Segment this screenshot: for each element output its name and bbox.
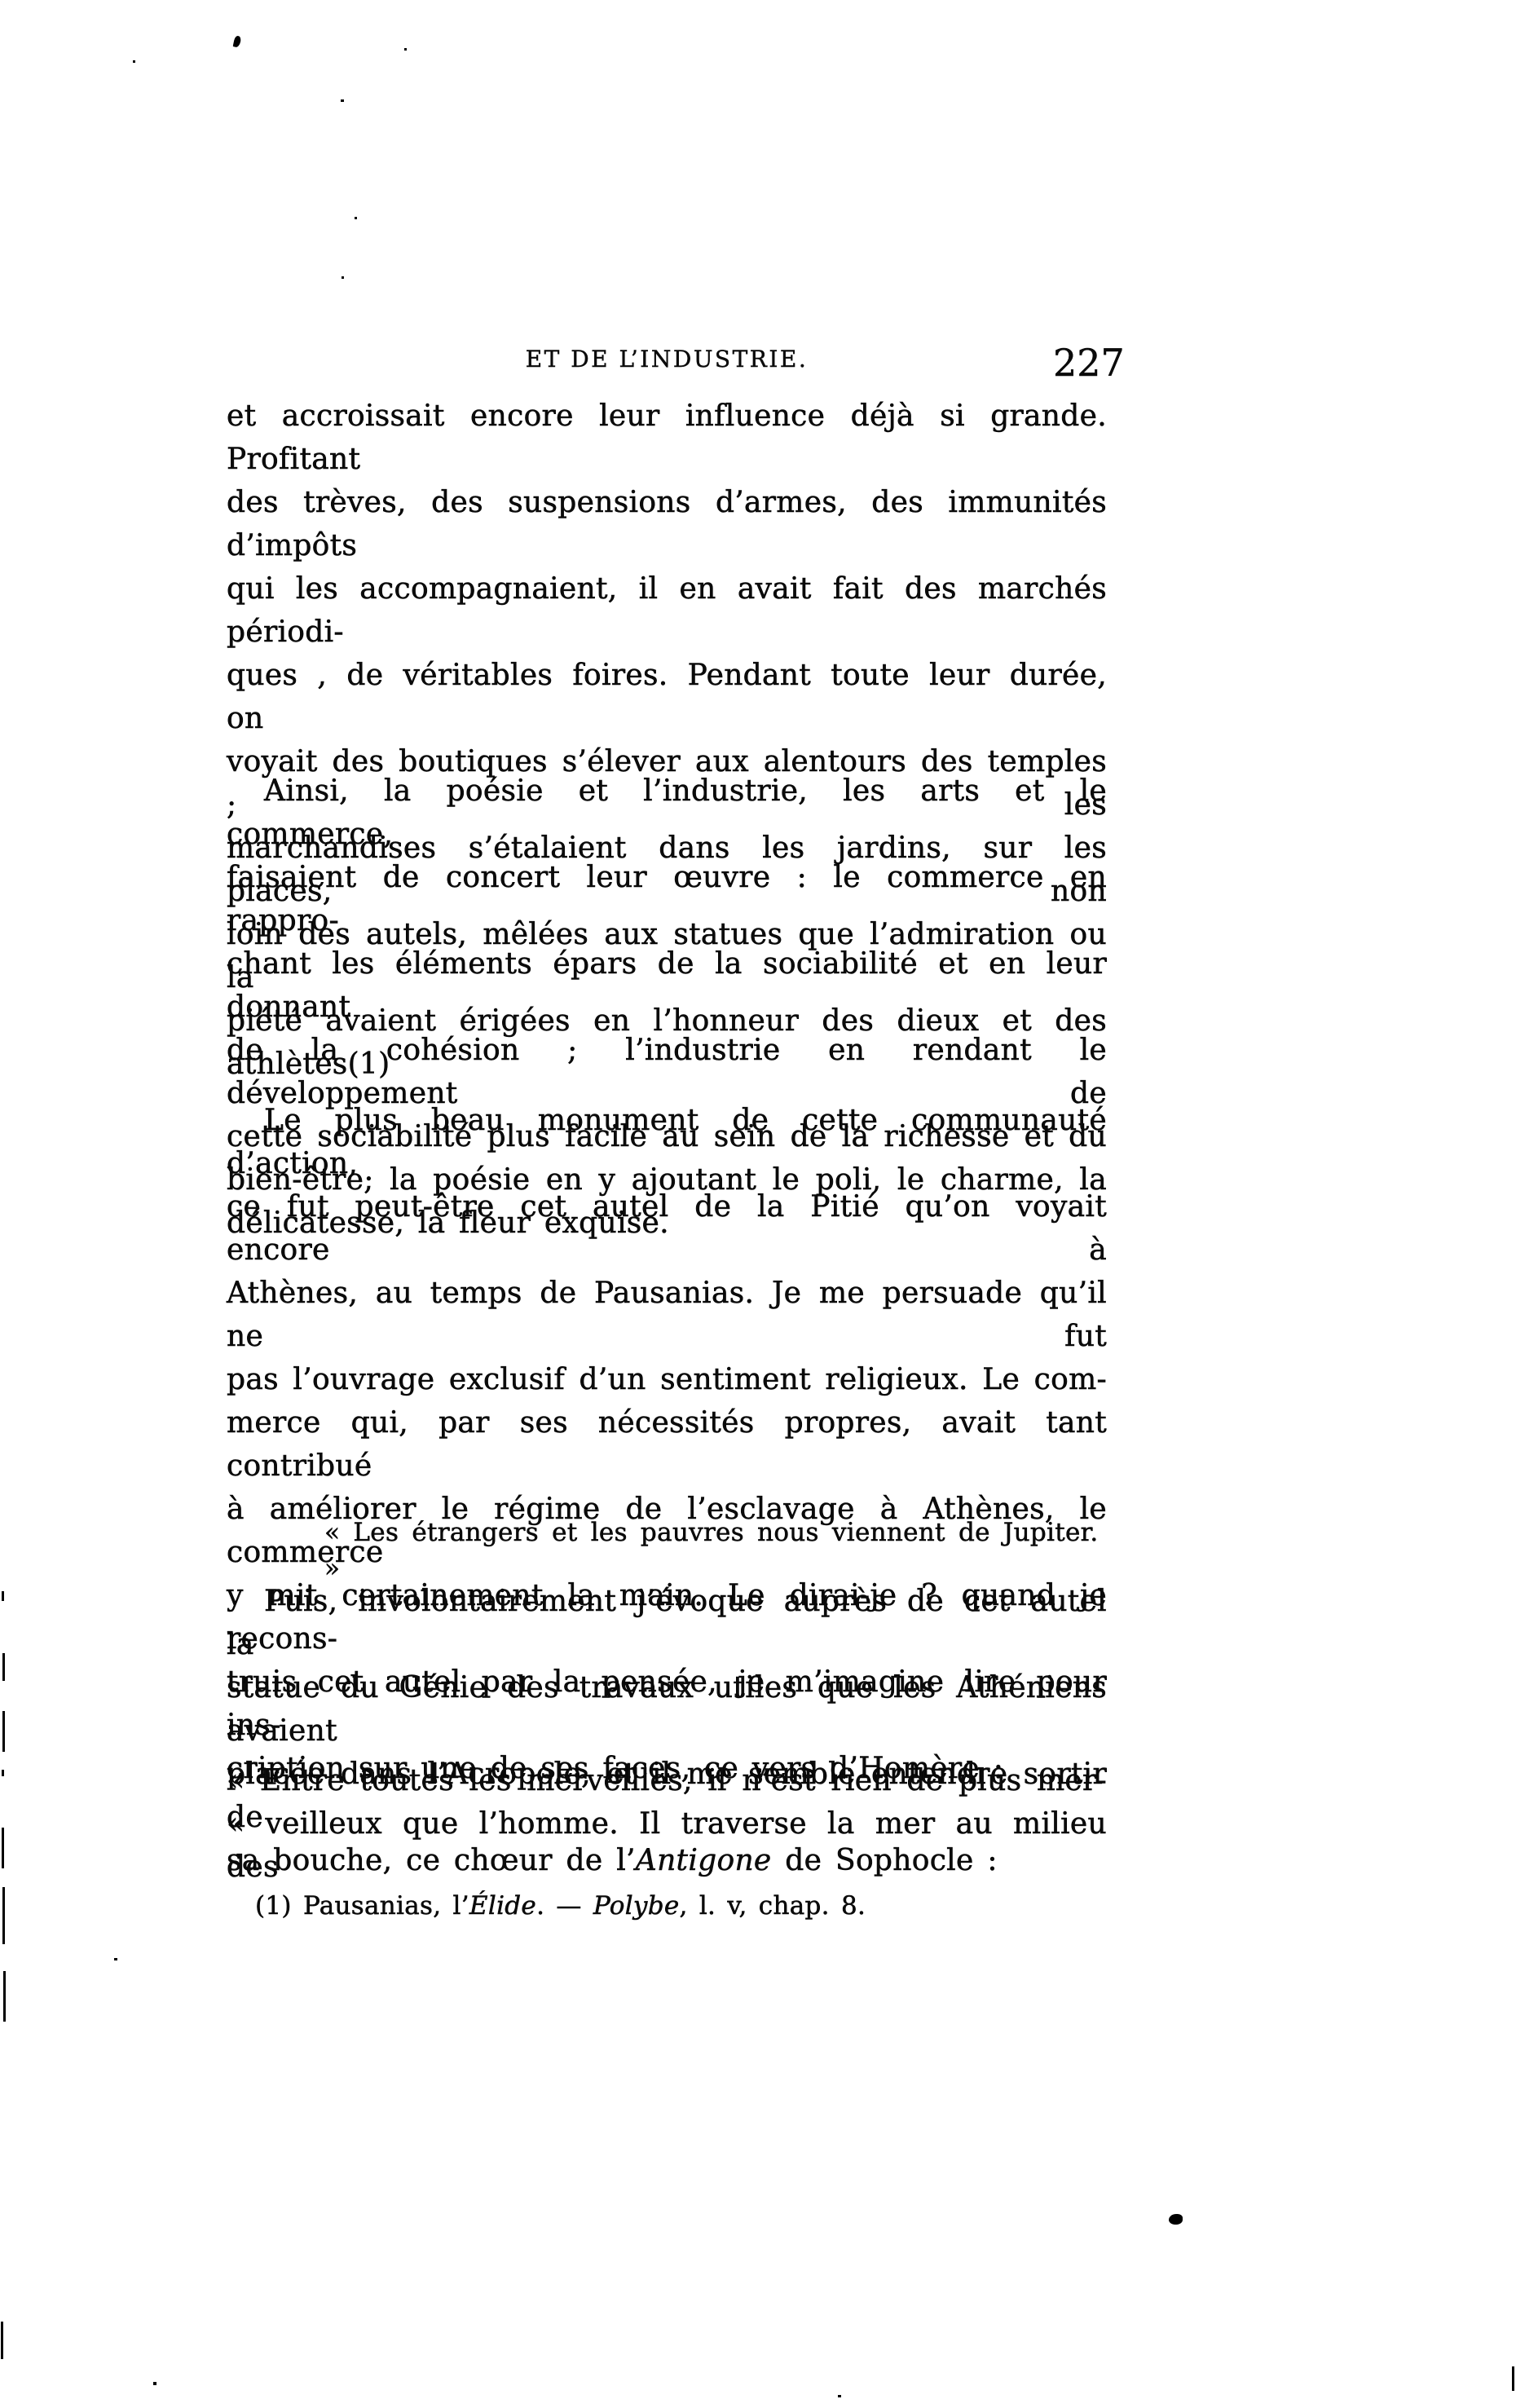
ink-speck bbox=[355, 217, 357, 219]
ink-speck bbox=[133, 60, 135, 63]
text-line: chant les éléments épars de la sociabili… bbox=[227, 942, 1107, 1029]
book-page: ET DE L’INDUSTRIE. 227 et accroissait en… bbox=[0, 0, 1516, 2408]
homeric-verse-quote: « Les étrangers et les pauvres nous vien… bbox=[227, 1515, 1107, 1586]
text-line: des trèves, des suspensions d’armes, des… bbox=[227, 481, 1107, 567]
text-line: Ainsi, la poésie et l’industrie, les art… bbox=[227, 770, 1107, 856]
text-line: et accroissait encore leur influence déj… bbox=[227, 395, 1107, 481]
scan-edge-line bbox=[2, 1653, 5, 1681]
text-line: qui les accompagnaient, il en avait fait… bbox=[227, 567, 1107, 654]
text-line: Athènes, au temps de Pausanias. Je me pe… bbox=[227, 1272, 1107, 1358]
scan-edge-line bbox=[2, 1591, 4, 1601]
scan-edge-line bbox=[2, 1711, 5, 1752]
text-line: « Entre toutes les merveilles, il n’est … bbox=[227, 1759, 1107, 1802]
text-line: statue du Génie des travaux utiles que l… bbox=[227, 1666, 1107, 1753]
running-header-title: ET DE L’INDUSTRIE. bbox=[227, 346, 1107, 373]
scan-edge-line bbox=[2, 1770, 4, 1776]
page-number: 227 bbox=[1053, 341, 1125, 385]
ink-speck bbox=[233, 35, 242, 47]
ink-speck bbox=[341, 99, 344, 102]
text-line: merce qui, par ses nécessités propres, a… bbox=[227, 1401, 1107, 1488]
ink-blot bbox=[1169, 2214, 1183, 2225]
text-line: Le plus beau monument de cette communaut… bbox=[227, 1099, 1107, 1185]
scan-edge-line bbox=[3, 1971, 6, 2022]
text-line: « Les étrangers et les pauvres nous vien… bbox=[227, 1515, 1107, 1586]
ink-speck bbox=[838, 2395, 841, 2397]
ink-speck bbox=[114, 1958, 117, 1960]
ink-speck bbox=[404, 48, 407, 51]
scan-edge-line bbox=[2, 1828, 4, 1868]
scan-edge-line bbox=[2, 1887, 5, 1944]
text-line: ce fut peut-être cet autel de la Pitié q… bbox=[227, 1185, 1107, 1272]
text-line: (1) Pausanias, l’Élide. — Polybe, l. v, … bbox=[227, 1888, 1107, 1924]
text-line: pas l’ouvrage exclusif d’un sentiment re… bbox=[227, 1358, 1107, 1401]
ink-speck bbox=[153, 2382, 156, 2385]
scan-edge-line bbox=[1512, 2366, 1514, 2391]
text-line: « veilleux que l’homme. Il traverse la m… bbox=[227, 1802, 1107, 1889]
footnote: (1) Pausanias, l’Élide. — Polybe, l. v, … bbox=[227, 1888, 1107, 1924]
text-line: ques , de véritables foires. Pendant tou… bbox=[227, 654, 1107, 740]
ink-speck bbox=[342, 276, 344, 279]
sophocles-chorus-quote: « Entre toutes les merveilles, il n’est … bbox=[227, 1759, 1107, 1889]
text-line: Puis, involontairement j’évoque auprès d… bbox=[227, 1580, 1107, 1666]
scan-edge-line bbox=[1, 2322, 3, 2359]
text-line: faisaient de concert leur œuvre : le com… bbox=[227, 856, 1107, 942]
